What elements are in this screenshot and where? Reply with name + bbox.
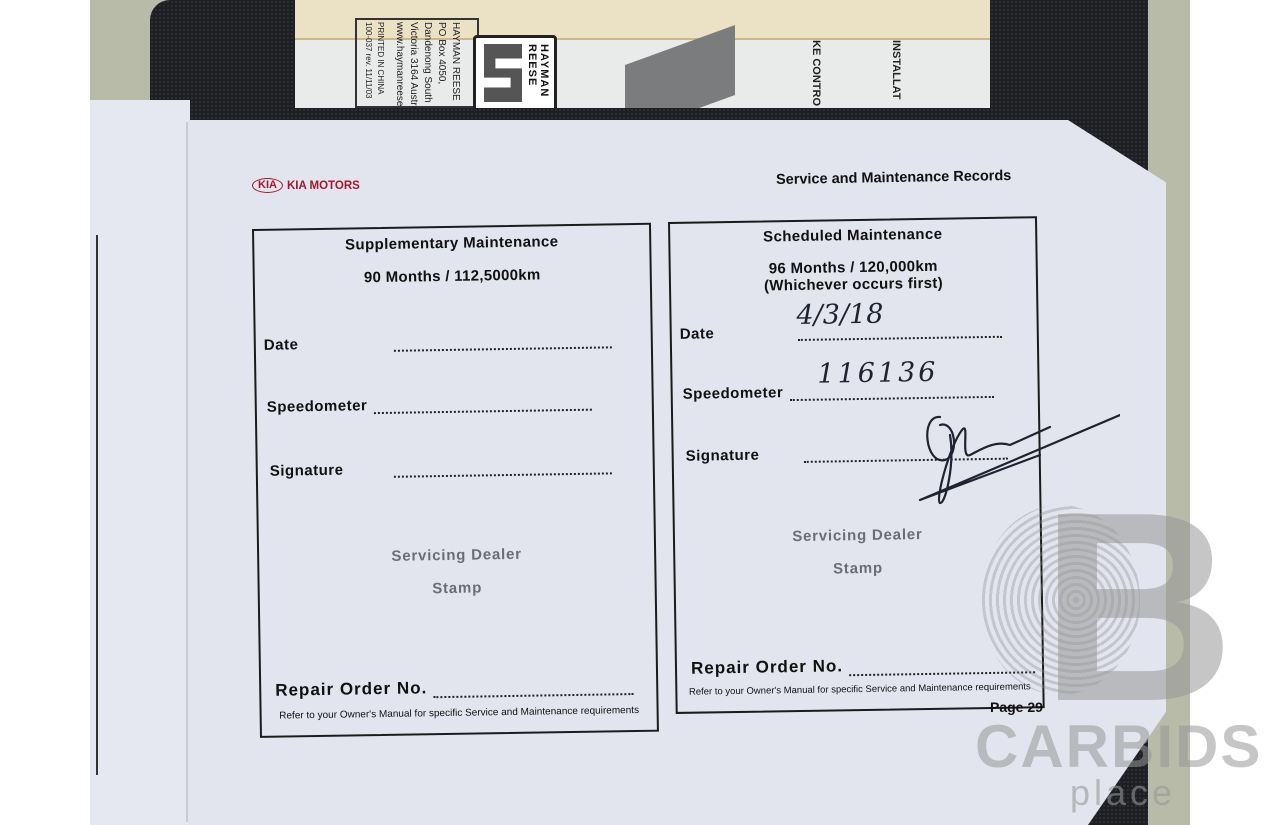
field-label: Signature bbox=[686, 446, 798, 465]
repair-order-label: Repair Order No. bbox=[275, 678, 427, 700]
handwritten-odometer: 116136 bbox=[817, 357, 939, 390]
repair-order-input-line[interactable] bbox=[849, 659, 1035, 676]
kia-oval-icon: KIA bbox=[252, 178, 283, 193]
repair-order-field[interactable]: Repair Order No. bbox=[275, 675, 633, 701]
leaflet-print-line: 100-037 rev. 11/11/03 bbox=[364, 22, 373, 99]
field-label: Speedometer bbox=[267, 397, 368, 416]
card-title: Supplementary Maintenance bbox=[254, 232, 649, 255]
left-page-card-edge bbox=[90, 235, 98, 775]
field-label: Date bbox=[264, 335, 388, 354]
card-interval: 90 Months / 112,5000km bbox=[255, 265, 650, 288]
leaflet-address-box: HAYMAN REESE PO Box 4050, Dandenong Sout… bbox=[355, 18, 479, 108]
page-number: Page 29 bbox=[990, 699, 1043, 715]
booklet-spine bbox=[186, 122, 188, 822]
photo: HAYMAN REESE PO Box 4050, Dandenong Sout… bbox=[90, 0, 1190, 825]
signature-input-line[interactable] bbox=[394, 460, 612, 477]
leaflet-address-line: PO Box 4050, bbox=[436, 22, 447, 84]
leaflet-vertical-text: INSTALLAT bbox=[890, 40, 902, 99]
leaflet-address-line: Dandenong South bbox=[422, 22, 433, 103]
stamp-line: Stamp bbox=[259, 569, 654, 608]
stamp-line: Stamp bbox=[675, 549, 1040, 588]
leaflet-address-line: www.haymanreese.com bbox=[394, 22, 405, 108]
leaflet-address-line: HAYMAN REESE bbox=[450, 22, 461, 101]
signature-field[interactable]: Signature bbox=[270, 457, 612, 479]
speedometer-field[interactable]: Speedometer bbox=[267, 394, 592, 416]
repair-order-input-line[interactable] bbox=[433, 681, 633, 698]
kia-motors-logo: KIA KIA MOTORS bbox=[252, 178, 360, 193]
date-input-line[interactable] bbox=[394, 334, 612, 351]
kia-brand-name: KIA MOTORS bbox=[287, 180, 360, 192]
owners-manual-note: Refer to your Owner's Manual for specifi… bbox=[262, 705, 657, 722]
field-label: Date bbox=[680, 324, 792, 343]
dealer-stamp-area: Servicing Dealer Stamp bbox=[259, 536, 655, 608]
dealer-stamp-area: Servicing Dealer Stamp bbox=[675, 516, 1041, 588]
hayman-reese-s-icon bbox=[484, 44, 522, 102]
handwritten-date: 4/3/18 bbox=[796, 299, 883, 331]
supplementary-maintenance-card: Supplementary Maintenance 90 Months / 11… bbox=[252, 223, 659, 738]
image-border-left bbox=[0, 0, 90, 825]
hayman-reese-brand: HAYMAN REESE bbox=[526, 44, 550, 108]
hayman-reese-logo: HAYMAN REESE bbox=[473, 35, 557, 108]
leaflet-print-line: PRINTED IN CHINA bbox=[376, 22, 385, 94]
handwritten-signature bbox=[900, 405, 1120, 510]
field-label: Speedometer bbox=[683, 384, 784, 403]
repair-order-field[interactable]: Repair Order No. bbox=[691, 653, 1035, 678]
card-title: Scheduled Maintenance bbox=[670, 224, 1035, 247]
left-page bbox=[90, 100, 190, 825]
speedometer-input-line[interactable] bbox=[373, 397, 591, 414]
image-border-right bbox=[1190, 0, 1280, 825]
leaflet-address-line: Victoria 3164 Australia bbox=[408, 22, 419, 108]
repair-order-label: Repair Order No. bbox=[691, 656, 843, 678]
owners-manual-note: Refer to your Owner's Manual for specifi… bbox=[677, 681, 1042, 698]
hayman-reese-leaflet: HAYMAN REESE PO Box 4050, Dandenong Sout… bbox=[295, 0, 990, 108]
leaflet-vertical-text: KE CONTRO bbox=[810, 40, 822, 106]
field-label: Signature bbox=[270, 461, 388, 480]
date-field[interactable]: Date bbox=[264, 331, 612, 353]
